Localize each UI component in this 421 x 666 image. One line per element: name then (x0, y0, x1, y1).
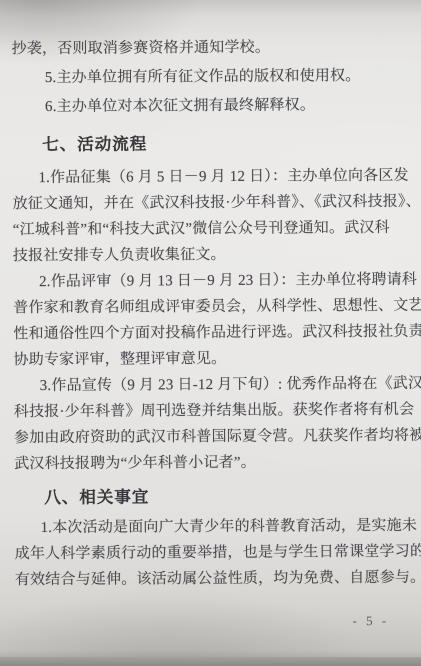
text-line: 放征文通知，并在《武汉科技报·少年科普》、《武汉科技报》、 (13, 189, 413, 217)
text-line: 科技报·少年科普》周刊选登并结集出版。获奖作者将有机会 (14, 397, 414, 425)
text-line: 1.本次活动是面向广大青少年的科普教育活动，是实施未 (14, 513, 414, 541)
text-line: 抄袭，否则取消参赛资格并通知学校。 (12, 33, 412, 64)
paragraph-review: 2.作品评审（9 月 13 日－9 月 23 日）：主办单位将聘请科 普作家和教… (13, 267, 414, 373)
text-line: “江城科普”和“科技大武汉”微信公众号刊登通知。武汉科 (13, 215, 413, 243)
text-line: 5.主办单位拥有所有征文作品的版权和使用权。 (12, 62, 412, 93)
text-line: 6.主办单位对本次征文拥有最终解释权。 (12, 91, 412, 122)
section-heading-activity-process: 七、活动流程 (12, 130, 412, 158)
paragraph-promotion: 3.作品宣传（9 月 23 日-12 月下旬）: 优秀作品将在《武汉 科技报·少… (14, 371, 415, 477)
text-line: 普作家和教育名师组成评审委员会，从科学性、思想性、文艺 (13, 293, 413, 321)
paragraph-related-matters: 1.本次活动是面向广大青少年的科普教育活动，是实施未 成年人科学素质行动的重要举… (14, 513, 414, 593)
text-line: 3.作品宣传（9 月 23 日-12 月下旬）: 优秀作品将在《武汉 (14, 371, 414, 399)
document-photo: 抄袭，否则取消参赛资格并通知学校。 5.主办单位拥有所有征文作品的版权和使用权。… (0, 0, 421, 666)
text-line: 技报社安排专人负责收集征文。 (13, 241, 413, 269)
text-line: 成年人科学素质行动的重要举措，也是与学生日常课堂学习的 (15, 539, 415, 567)
intro-paragraph: 抄袭，否则取消参赛资格并通知学校。 5.主办单位拥有所有征文作品的版权和使用权。… (12, 33, 413, 122)
paper-bottom-edge (0, 657, 421, 666)
document-body: 抄袭，否则取消参赛资格并通知学校。 5.主办单位拥有所有征文作品的版权和使用权。… (12, 33, 416, 631)
paragraph-collection: 1.作品征集（6 月 5 日－9 月 12 日）：主办单位向各区发 放征文通知，… (12, 163, 413, 269)
page-number: - 5 - (15, 613, 415, 631)
section-heading-related-matters: 八、相关事宜 (14, 483, 414, 511)
text-line: 参加由政府资助的武汉市科普国际夏令营。凡获奖作者均将被 (14, 423, 414, 451)
text-line: 武汉科技报聘为“少年科普小记者”。 (14, 449, 414, 477)
text-line: 性和通俗性四个方面对投稿作品进行评选。武汉科技报社负责 (13, 319, 413, 347)
text-line: 2.作品评审（9 月 13 日－9 月 23 日）：主办单位将聘请科 (13, 267, 413, 295)
text-line: 1.作品征集（6 月 5 日－9 月 12 日）：主办单位向各区发 (12, 163, 412, 191)
text-line: 有效结合与延伸。该活动属公益性质，均为免费、自愿参与。 (15, 565, 415, 593)
text-line: 协助专家评审，整理评审意见。 (13, 345, 413, 373)
